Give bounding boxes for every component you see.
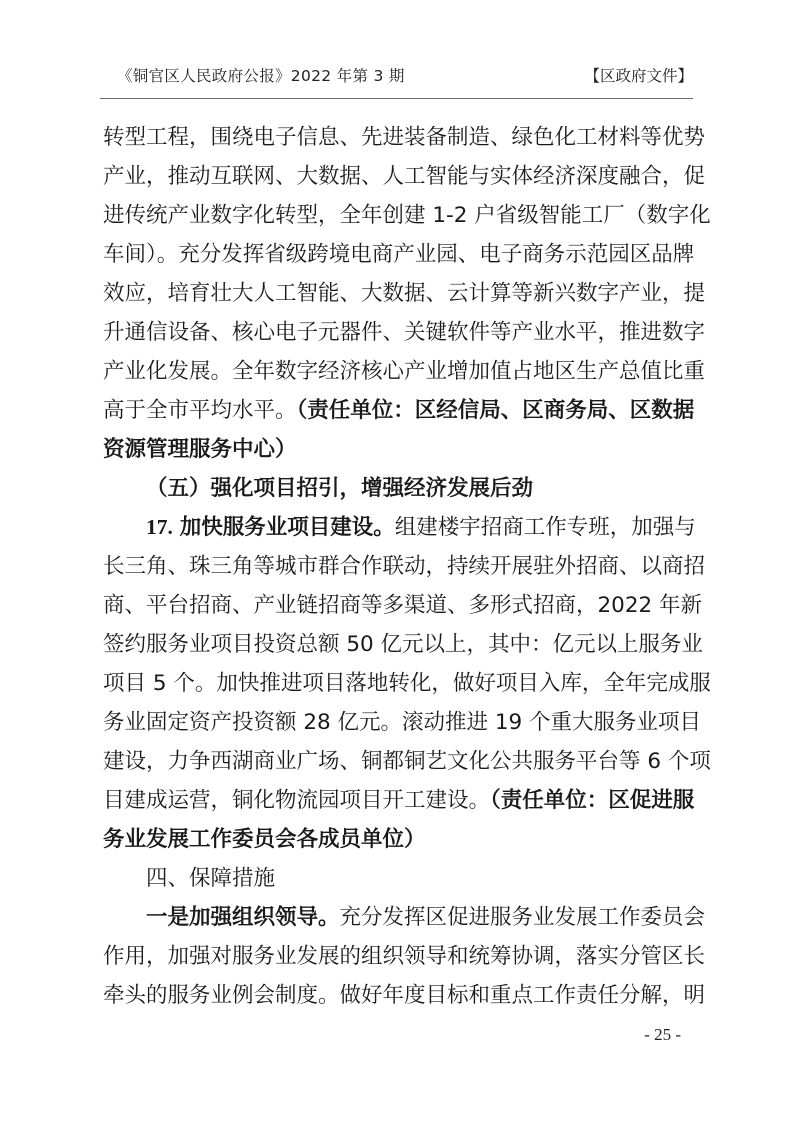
text-span: 组建楼宇招商工作专班，加强与 xyxy=(395,515,696,540)
text-span: 高于全市平均水平。 xyxy=(103,398,297,423)
text-line: 高于全市平均水平。（责任单位：区经信局、区商务局、区数据 xyxy=(103,391,691,430)
responsibility-note-tail: 务业发展工作委员会各成员单位） xyxy=(103,820,691,859)
responsibility-note: （责任单位：区促进服 xyxy=(490,788,694,813)
text-line: 长三角、珠三角等城市群合作联动，持续开展驻外招商、以商招 xyxy=(103,547,691,586)
text-line: 进传统产业数字化转型，全年创建 1-2 户省级智能工厂（数字化 xyxy=(103,196,691,235)
item-title: 加快服务业项目建设。 xyxy=(180,515,395,540)
document-body: 转型工程，围绕电子信息、先进装备制造、绿色化工材料等优势 产业，推动互联网、大数… xyxy=(103,118,691,1015)
text-line: 车间）。充分发挥省级跨境电商产业园、电子商务示范园区品牌 xyxy=(103,235,691,274)
item-17-first-line: 17. 加快服务业项目建设。组建楼宇招商工作专班，加强与 xyxy=(103,508,691,547)
page-header: 《铜官区人民政府公报》2022 年第 3 期 【区政府文件】 xyxy=(117,64,693,86)
responsibility-note: （责任单位：区经信局、区商务局、区数据 xyxy=(297,398,695,423)
publication-title: 《铜官区人民政府公报》2022 年第 3 期 xyxy=(117,64,405,86)
text-line: 牵头的服务业例会制度。做好年度目标和重点工作责任分解，明 xyxy=(103,976,691,1015)
text-line: 目建成运营，铜化物流园项目开工建设。（责任单位：区促进服 xyxy=(103,781,691,820)
text-line: 产业，推动互联网、大数据、人工智能与实体经济深度融合，促 xyxy=(103,157,691,196)
text-line: 签约服务业项目投资总额 50 亿元以上，其中：亿元以上服务业 xyxy=(103,625,691,664)
text-line: 转型工程，围绕电子信息、先进装备制造、绿色化工材料等优势 xyxy=(103,118,691,157)
measure-1-first-line: 一是加强组织领导。充分发挥区促进服务业发展工作委员会 xyxy=(103,898,691,937)
measure-title: 一是加强组织领导。 xyxy=(146,905,340,930)
text-span: 充分发挥区促进服务业发展工作委员会 xyxy=(340,905,706,930)
responsibility-note-tail: 资源管理服务中心） xyxy=(103,430,691,469)
section-label: 【区政府文件】 xyxy=(584,64,693,86)
text-line: 建设，力争西湖商业广场、铜都铜艺文化公共服务平台等 6 个项 xyxy=(103,742,691,781)
text-line: 务业固定资产投资额 28 亿元。滚动推进 19 个重大服务业项目 xyxy=(103,703,691,742)
text-line: 产业化发展。全年数字经济核心产业增加值占地区生产总值比重 xyxy=(103,352,691,391)
text-line: 作用，加强对服务业发展的组织领导和统筹协调，落实分管区长 xyxy=(103,937,691,976)
text-line: 升通信设备、核心电子元器件、关键软件等产业水平，推进数字 xyxy=(103,313,691,352)
text-line: 商、平台招商、产业链招商等多渠道、多形式招商，2022 年新 xyxy=(103,586,691,625)
header-divider xyxy=(100,98,693,99)
item-number: 17. xyxy=(146,515,173,539)
text-line: 效应，培育壮大人工智能、大数据、云计算等新兴数字产业，提 xyxy=(103,274,691,313)
section-heading: （五）强化项目招引，增强经济发展后劲 xyxy=(103,469,691,508)
text-line: 项目 5 个。加快推进项目落地转化，做好项目入库，全年完成服 xyxy=(103,664,691,703)
section-heading: 四、保障措施 xyxy=(103,859,691,898)
page-number: - 25 - xyxy=(0,1025,681,1045)
text-span: 目建成运营，铜化物流园项目开工建设。 xyxy=(103,788,490,813)
